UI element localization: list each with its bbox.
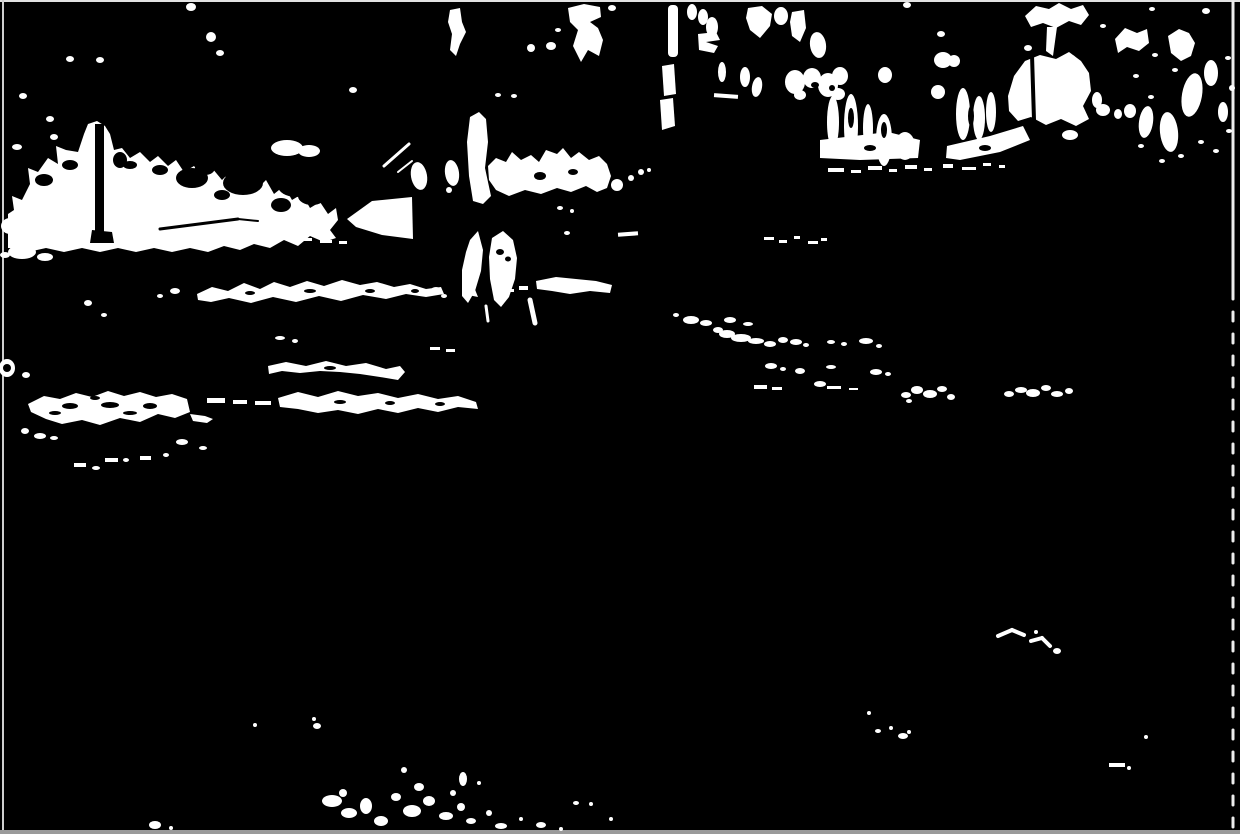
image-background <box>0 0 1240 834</box>
binarized-photo-figure <box>0 0 1240 834</box>
binarized-scene-svg <box>0 0 1240 834</box>
